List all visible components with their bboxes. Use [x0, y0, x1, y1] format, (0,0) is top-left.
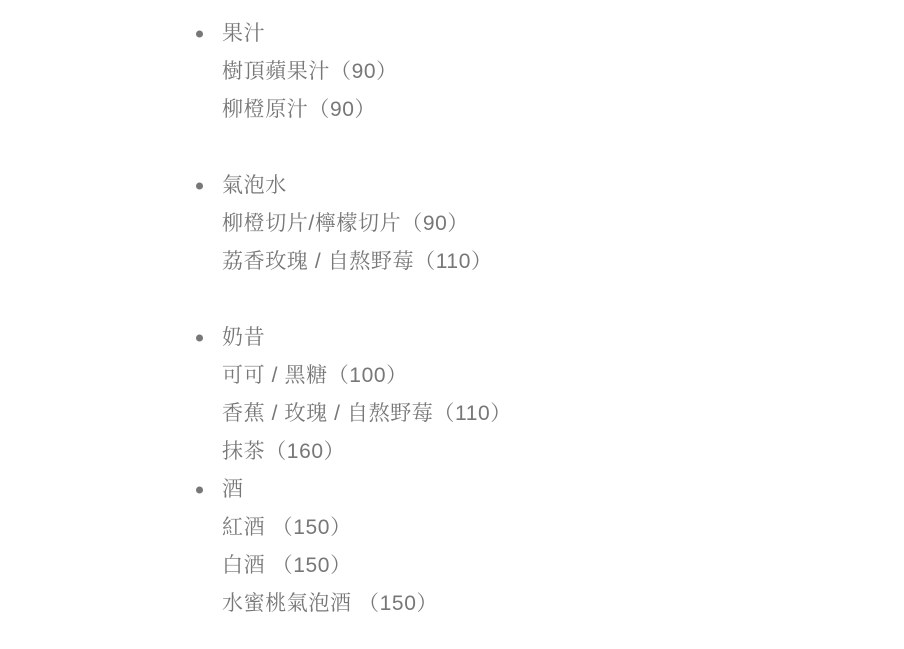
- menu-item-label: 柳橙原汁（90）: [222, 98, 376, 121]
- menu-item: 樹頂蘋果汁（90）: [222, 53, 512, 91]
- section-title-label: 氣泡水: [222, 174, 287, 197]
- bullet-icon: [196, 335, 203, 342]
- menu-item: 紅酒 （150）: [222, 509, 512, 547]
- menu-item-label: 香蕉 / 玫瑰 / 自熬野莓（110）: [222, 402, 512, 425]
- section-title-label: 果汁: [222, 22, 265, 45]
- section-title: 酒: [222, 471, 512, 509]
- menu-item-label: 可可 / 黑糖（100）: [222, 364, 408, 387]
- menu-item: 可可 / 黑糖（100）: [222, 357, 512, 395]
- menu-item-label: 白酒 （150）: [222, 554, 352, 577]
- menu-item: 水蜜桃氣泡酒 （150）: [222, 585, 512, 623]
- section-title-label: 奶昔: [222, 326, 265, 349]
- section-title: 果汁: [222, 15, 512, 53]
- menu-item: 柳橙原汁（90）: [222, 91, 512, 129]
- menu-item: 香蕉 / 玫瑰 / 自熬野莓（110）: [222, 395, 512, 433]
- section-title: 氣泡水: [222, 167, 512, 205]
- menu-item: 白酒 （150）: [222, 547, 512, 585]
- menu-item-label: 紅酒 （150）: [222, 516, 352, 539]
- menu-item-label: 水蜜桃氣泡酒 （150）: [222, 592, 438, 615]
- menu-item: 柳橙切片/檸檬切片（90）: [222, 205, 512, 243]
- blank-line: [222, 281, 512, 319]
- menu-item: 抹茶（160）: [222, 433, 512, 471]
- blank-line: [222, 129, 512, 167]
- bullet-icon: [196, 31, 203, 38]
- section-title: 奶昔: [222, 319, 512, 357]
- menu-item-label: 荔香玫瑰 / 自熬野莓（110）: [222, 250, 493, 273]
- bullet-icon: [196, 183, 203, 190]
- menu-item-label: 柳橙切片/檸檬切片（90）: [222, 212, 469, 235]
- bullet-icon: [196, 487, 203, 494]
- menu-item-label: 抹茶（160）: [222, 440, 345, 463]
- menu-item-label: 樹頂蘋果汁（90）: [222, 60, 398, 83]
- drink-menu: 果汁 樹頂蘋果汁（90） 柳橙原汁（90） 氣泡水 柳橙切片/檸檬切片（90） …: [222, 15, 512, 623]
- section-title-label: 酒: [222, 478, 244, 501]
- menu-item: 荔香玫瑰 / 自熬野莓（110）: [222, 243, 512, 281]
